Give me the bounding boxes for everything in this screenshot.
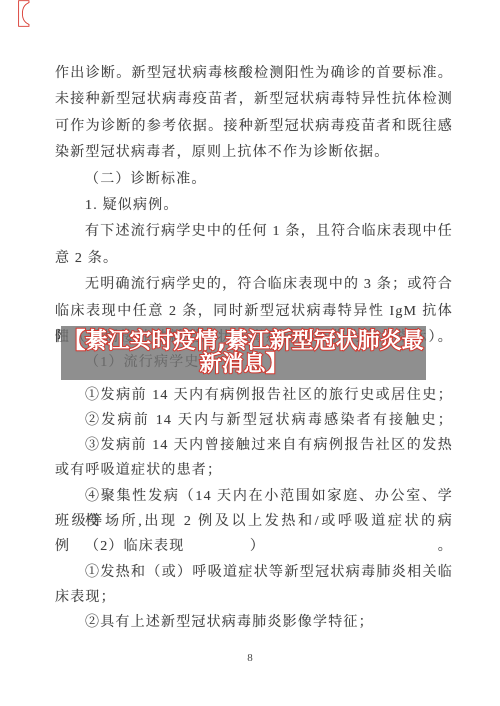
doc-heading-suspected-case: 1. 疑似病例。 bbox=[55, 193, 453, 219]
doc-line: 无明确流行病学史的，符合临床表现中的 3 条；或符合 bbox=[55, 272, 453, 298]
doc-line: ②具有上述新型冠状病毒肺炎影像学特征； bbox=[55, 610, 453, 635]
doc-line: ②发病前 14 天内与新型冠状病毒感染者有接触史； bbox=[55, 408, 453, 433]
doc-line: 临床表现中任意 2 条，同时新型冠状病毒特异性 IgM 抗体阳 bbox=[55, 299, 453, 325]
overlay-title-line1: 【綦江实时疫情,綦江新型冠状肺炎最 bbox=[61, 330, 426, 354]
corner-bracket-mark: 【 bbox=[4, 0, 29, 30]
overlay-title-line2: 新消息】 bbox=[61, 353, 426, 377]
page-number: 8 bbox=[0, 652, 500, 664]
document-page: { "document": { "corner_mark": "【", "ove… bbox=[0, 0, 500, 706]
doc-line: 作出诊断。新型冠状病毒核酸检测阳性为确诊的首要标准。 bbox=[55, 61, 453, 87]
seo-overlay-banner: 【綦江实时疫情,綦江新型冠状肺炎最 新消息】 bbox=[61, 326, 426, 380]
doc-line: ④聚集性发病（14 天内在小范围如家庭、办公室、学校 bbox=[55, 484, 453, 509]
doc-line: 班级等场所,出现 2 例及以上发热和/或呼吸道症状的病例）。 bbox=[55, 509, 453, 534]
doc-line: 或有呼吸道症状的患者； bbox=[55, 458, 453, 483]
doc-line: ①发病前 14 天内有病例报告社区的旅行史或居住史； bbox=[55, 383, 453, 408]
doc-line: ①发热和（或）呼吸道症状等新型冠状病毒肺炎相关临 bbox=[55, 560, 453, 585]
doc-line: 意 2 条。 bbox=[55, 246, 453, 272]
doc-line: ③发病前 14 天内曾接触过来自有病例报告社区的发热 bbox=[55, 433, 453, 458]
doc-heading-diagnosis-criteria: （二）诊断标准。 bbox=[55, 167, 453, 193]
doc-line: 染新型冠状病毒者，原则上抗体不作为诊断依据。 bbox=[55, 140, 453, 166]
doc-line: 可作为诊断的参考依据。接种新型冠状病毒疫苗者和既往感 bbox=[55, 114, 453, 140]
doc-line: 床表现； bbox=[55, 585, 453, 610]
doc-line: 有下述流行病学史中的任何 1 条，且符合临床表现中任 bbox=[55, 219, 453, 245]
doc-line: 未接种新型冠状病毒疫苗者，新型冠状病毒特异性抗体检测 bbox=[55, 87, 453, 113]
